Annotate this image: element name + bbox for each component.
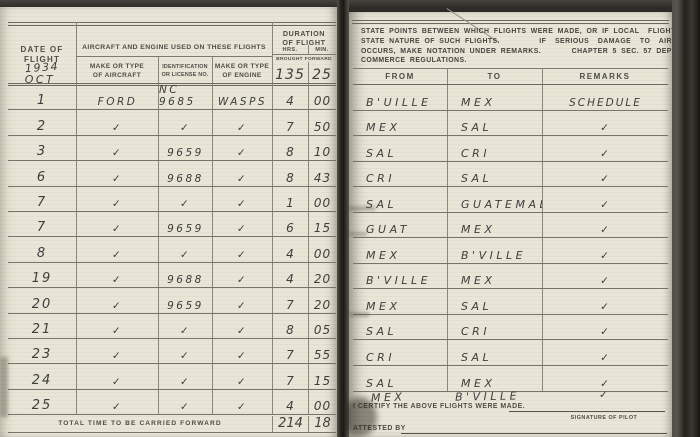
cell-from: SAL xyxy=(353,136,447,161)
table-row: MEX B'VILLE ✓ xyxy=(353,238,668,264)
cell-to: MEX xyxy=(447,213,542,238)
total-hours: 214 xyxy=(272,416,308,433)
total-label: TOTAL TIME TO BE CARRIED FORWARD xyxy=(8,416,272,433)
cell-engine: ✓ xyxy=(212,161,272,185)
cell-minutes: 00 xyxy=(308,187,336,211)
cell-from: SAL xyxy=(353,366,447,391)
cell-remarks: ✓ xyxy=(542,264,668,289)
table-row: 3 ✓ 9659 ✓ 8 10 xyxy=(8,136,336,161)
cell-aircraft: ✓ xyxy=(76,314,158,338)
aircraft-col-line1: MAKE OR TYPE xyxy=(76,63,158,70)
table-row: 20 ✓ 9659 ✓ 7 20 xyxy=(8,288,336,313)
cell-remarks: ✓ xyxy=(542,238,668,263)
cell-date: 7 xyxy=(8,187,76,211)
cell-identification: ✓ xyxy=(158,187,212,211)
rule xyxy=(8,83,336,84)
table-row: SAL MEX ✓ xyxy=(353,366,668,392)
cell-minutes: 43 xyxy=(308,161,336,185)
cell-aircraft: ✓ xyxy=(76,237,158,261)
cell-date: 24 xyxy=(8,364,76,388)
cell-aircraft: ✓ xyxy=(76,136,158,160)
regulations-line: STATE NATURE OF SUCH FLIGHTS. IF SERIOUS… xyxy=(361,37,663,47)
cell-identification: NC 9685 xyxy=(158,85,212,109)
rule xyxy=(352,23,669,24)
cell-aircraft: FORD xyxy=(76,85,158,109)
cell-remarks: ✓ xyxy=(542,213,668,238)
cell-remarks: ✓ xyxy=(542,136,668,161)
to-header: TO xyxy=(447,72,542,81)
cell-date: 8 xyxy=(8,237,76,261)
cell-aircraft: ✓ xyxy=(76,212,158,236)
cell-engine: ✓ xyxy=(212,390,272,414)
cell-aircraft: ✓ xyxy=(76,390,158,414)
cell-remarks: ✓ xyxy=(542,187,668,212)
cell-from: SAL xyxy=(353,315,447,340)
cell-hours: 4 xyxy=(272,237,308,261)
total-minutes: 18 xyxy=(308,416,336,433)
table-row: 1 FORD NC 9685 WASPS 4 00 xyxy=(8,85,336,110)
cell-to: SAL xyxy=(447,162,542,187)
table-row: CRI SAL ✓ xyxy=(353,340,668,366)
cell-identification: 9688 xyxy=(158,161,212,185)
cell-from: MEX xyxy=(353,111,447,136)
regulations-line: COMMERCE REGULATIONS. xyxy=(361,56,663,66)
overflow-to: B'VILLE xyxy=(455,389,520,403)
cell-to: GUATEMALA xyxy=(447,187,542,212)
flight-table-right: B'UILLE MEX SCHEDULE MEX SAL ✓ SAL CRI ✓ xyxy=(353,85,668,392)
cell-to: CRI xyxy=(447,136,542,161)
rule xyxy=(352,20,669,21)
regulations-text: STATE POINTS BETWEEN WHICH FLIGHTS WERE … xyxy=(361,27,663,66)
ident-col-line1: IDENTIFICATION xyxy=(158,64,212,70)
cell-aircraft: ✓ xyxy=(76,110,158,134)
cell-minutes: 00 xyxy=(308,390,336,414)
cell-from: MEX xyxy=(353,289,447,314)
cell-minutes: 05 xyxy=(308,314,336,338)
table-row: 19 ✓ 9688 ✓ 4 20 xyxy=(8,263,336,288)
cell-hours: 8 xyxy=(272,314,308,338)
table-row: SAL CRI ✓ xyxy=(353,315,668,341)
cell-date: 2 xyxy=(8,110,76,134)
cell-hours: 7 xyxy=(272,364,308,388)
cell-from: GUAT xyxy=(353,213,447,238)
cell-remarks: SCHEDULE xyxy=(542,85,668,110)
date-header-line1: DATE OF xyxy=(8,45,76,54)
cell-identification: ✓ xyxy=(158,364,212,388)
cell-from: CRI xyxy=(353,162,447,187)
table-row: 25 ✓ ✓ ✓ 4 00 xyxy=(8,390,336,415)
cell-remarks: ✓ xyxy=(542,366,668,391)
cell-engine: ✓ xyxy=(212,339,272,363)
brought-forward-min: 25 xyxy=(308,67,336,83)
cell-minutes: 15 xyxy=(308,212,336,236)
cell-from: MEX xyxy=(353,238,447,263)
cell-hours: 1 xyxy=(272,187,308,211)
table-row: CRI SAL ✓ xyxy=(353,162,668,188)
cell-identification: ✓ xyxy=(158,390,212,414)
brought-forward-hrs: 135 xyxy=(272,67,308,83)
total-row: TOTAL TIME TO BE CARRIED FORWARD 214 18 xyxy=(8,416,336,434)
cell-engine: ✓ xyxy=(212,136,272,160)
right-page: STATE POINTS BETWEEN WHICH FLIGHTS WERE … xyxy=(349,12,672,437)
cell-aircraft: ✓ xyxy=(76,288,158,312)
cell-minutes: 55 xyxy=(308,339,336,363)
left-page: DATE OF FLIGHT 1934 OCT AIRCRAFT AND ENG… xyxy=(0,7,337,437)
cell-engine: WASPS xyxy=(212,85,272,109)
cell-from: B'VILLE xyxy=(353,264,447,289)
cell-aircraft: ✓ xyxy=(76,187,158,211)
cell-date: 21 xyxy=(8,314,76,338)
table-row: 24 ✓ ✓ ✓ 7 15 xyxy=(8,364,336,389)
cell-minutes: 00 xyxy=(308,85,336,109)
cell-hours: 4 xyxy=(272,85,308,109)
rule xyxy=(212,56,213,85)
rule xyxy=(8,25,336,26)
cell-engine: ✓ xyxy=(212,288,272,312)
cell-to: SAL xyxy=(447,340,542,365)
cell-identification: 9659 xyxy=(158,212,212,236)
scan-smudge xyxy=(349,232,367,236)
table-row: 23 ✓ ✓ ✓ 7 55 xyxy=(8,339,336,364)
table-row: 21 ✓ ✓ ✓ 8 05 xyxy=(8,314,336,339)
rule xyxy=(447,68,448,85)
table-row: B'VILLE MEX ✓ xyxy=(353,264,668,290)
certify-statement: I CERTIFY THE ABOVE FLIGHTS WERE MADE. xyxy=(353,403,525,410)
cell-engine: ✓ xyxy=(212,110,272,134)
cell-hours: 7 xyxy=(272,110,308,134)
table-row: MEX SAL ✓ xyxy=(353,289,668,315)
cell-date: 20 xyxy=(8,288,76,312)
table-row: 6 ✓ 9688 ✓ 8 43 xyxy=(8,161,336,186)
cell-to: B'VILLE xyxy=(447,238,542,263)
cell-identification: ✓ xyxy=(158,110,212,134)
cell-identification: ✓ xyxy=(158,237,212,261)
cell-aircraft: ✓ xyxy=(76,364,158,388)
cell-aircraft: ✓ xyxy=(76,339,158,363)
hrs-label: HRS. xyxy=(272,47,308,53)
duration-header-line2: OF FLIGHT xyxy=(272,38,336,47)
book-spine xyxy=(337,0,349,437)
cell-remarks: ✓ xyxy=(542,162,668,187)
engine-col-line2: OF ENGINE xyxy=(212,72,272,79)
cell-remarks: ✓ xyxy=(542,340,668,365)
logbook-scan: DATE OF FLIGHT 1934 OCT AIRCRAFT AND ENG… xyxy=(0,0,700,437)
scan-smudge xyxy=(349,312,369,317)
cell-hours: 7 xyxy=(272,339,308,363)
ident-col-line2: OR LICENSE NO. xyxy=(158,72,212,78)
engine-col-line1: MAKE OR TYPE xyxy=(212,63,272,70)
table-row: SAL GUATEMALA ✓ xyxy=(353,187,668,213)
cell-engine: ✓ xyxy=(212,314,272,338)
cell-to: MEX xyxy=(447,366,542,391)
table-row: 2 ✓ ✓ ✓ 7 50 xyxy=(8,110,336,135)
cell-remarks: ✓ xyxy=(542,289,668,314)
cell-identification: 9659 xyxy=(158,136,212,160)
min-label: MIN. xyxy=(308,47,336,53)
signature-label: SIGNATURE OF PILOT xyxy=(544,415,664,421)
cell-to: SAL xyxy=(447,289,542,314)
table-row: 7 ✓ 9659 ✓ 6 15 xyxy=(8,212,336,237)
scan-smudge xyxy=(349,206,375,211)
rule xyxy=(8,22,336,23)
cell-minutes: 20 xyxy=(308,288,336,312)
cell-minutes: 15 xyxy=(308,364,336,388)
cell-from: B'UILLE xyxy=(353,85,447,110)
rule xyxy=(542,68,543,85)
scan-background-right xyxy=(672,0,700,437)
cell-from: CRI xyxy=(353,340,447,365)
table-row: B'UILLE MEX SCHEDULE xyxy=(353,85,668,111)
rule xyxy=(158,56,159,85)
cell-engine: ✓ xyxy=(212,187,272,211)
regulations-line: OCCURS, MAKE NOTATION UNDER REMARKS. CHA… xyxy=(361,47,663,57)
cell-to: SAL xyxy=(447,111,542,136)
cell-engine: ✓ xyxy=(212,364,272,388)
cell-to: CRI xyxy=(447,315,542,340)
signature-line xyxy=(509,411,665,412)
cell-hours: 4 xyxy=(272,263,308,287)
table-row: 8 ✓ ✓ ✓ 4 00 xyxy=(8,237,336,262)
cell-engine: ✓ xyxy=(212,263,272,287)
cell-engine: ✓ xyxy=(212,237,272,261)
cell-aircraft: ✓ xyxy=(76,161,158,185)
cell-date: 19 xyxy=(8,263,76,287)
scan-smudge xyxy=(343,397,377,437)
table-row: GUAT MEX ✓ xyxy=(353,213,668,239)
cell-remarks: ✓ xyxy=(542,315,668,340)
scan-smudge xyxy=(0,357,8,417)
cell-date: 25 xyxy=(8,390,76,414)
cell-to: MEX xyxy=(447,85,542,110)
cell-hours: 7 xyxy=(272,288,308,312)
cell-minutes: 20 xyxy=(308,263,336,287)
brought-forward-label: BROUGHT FORWARD xyxy=(272,57,336,62)
cell-engine: ✓ xyxy=(212,212,272,236)
cell-date: 3 xyxy=(8,136,76,160)
cell-hours: 8 xyxy=(272,136,308,160)
rule xyxy=(76,56,272,57)
cell-minutes: 10 xyxy=(308,136,336,160)
cell-aircraft: ✓ xyxy=(76,263,158,287)
cell-identification: 9688 xyxy=(158,263,212,287)
group-header: AIRCRAFT AND ENGINE USED ON THESE FLIGHT… xyxy=(76,44,272,51)
flight-table-left: 1 FORD NC 9685 WASPS 4 00 2 ✓ ✓ ✓ 7 50 xyxy=(8,85,336,415)
cell-minutes: 00 xyxy=(308,237,336,261)
cell-hours: 6 xyxy=(272,212,308,236)
table-row: 7 ✓ ✓ ✓ 1 00 xyxy=(8,187,336,212)
rule xyxy=(272,54,336,55)
overflow-remarks: ✓ xyxy=(599,389,608,401)
table-row: SAL CRI ✓ xyxy=(353,136,668,162)
from-header: FROM xyxy=(353,72,447,81)
attested-line xyxy=(401,433,667,434)
cell-identification: 9659 xyxy=(158,288,212,312)
cell-minutes: 50 xyxy=(308,110,336,134)
cell-identification: ✓ xyxy=(158,314,212,338)
cell-to: MEX xyxy=(447,264,542,289)
cell-date: 1 xyxy=(8,85,76,109)
cell-hours: 4 xyxy=(272,390,308,414)
cell-identification: ✓ xyxy=(158,339,212,363)
remarks-header: REMARKS xyxy=(542,72,668,81)
cell-date: 6 xyxy=(8,161,76,185)
table-row: MEX SAL ✓ xyxy=(353,111,668,137)
aircraft-col-line2: OF AIRCRAFT xyxy=(76,72,158,79)
cell-remarks: ✓ xyxy=(542,111,668,136)
cell-date: 7 xyxy=(8,212,76,236)
cell-hours: 8 xyxy=(272,161,308,185)
rule xyxy=(353,68,668,69)
regulations-line: STATE POINTS BETWEEN WHICH FLIGHTS WERE … xyxy=(361,27,663,37)
cell-date: 23 xyxy=(8,339,76,363)
